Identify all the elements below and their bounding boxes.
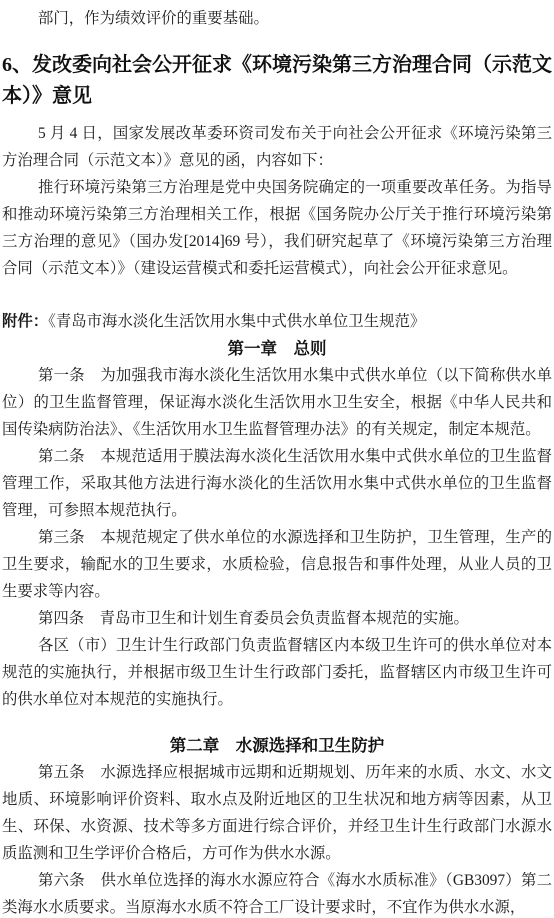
paragraph-article-2: 第二条 本规范适用于膜法海水淡化生活饮用水集中式供水单位的卫生监督管理工作，采取… bbox=[2, 443, 552, 524]
chapter-1-heading: 第一章 总则 bbox=[2, 335, 552, 362]
paragraph-intro-1: 5 月 4 日，国家发展改革委环资司发布关于向社会公开征求《环境污染第三方治理合… bbox=[2, 120, 552, 174]
chapter-2-heading: 第二章 水源选择和卫生防护 bbox=[2, 732, 552, 759]
paragraph-intro-2: 推行环境污染第三方治理是党中央国务院确定的一项重要改革任务。为指导和推动环境污染… bbox=[2, 174, 552, 282]
article-title: 6、发改委向社会公开征求《环境污染第三方治理合同（示范文本）》意见 bbox=[2, 50, 552, 112]
paragraph-continuation: 部门，作为绩效评价的重要基础。 bbox=[2, 5, 552, 32]
paragraph-article-4: 第四条 青岛市卫生和计划生育委员会负责监督本规范的实施。 bbox=[2, 605, 552, 632]
attachment-title: 《青岛市海水淡化生活饮用水集中式供水单位卫生规范》 bbox=[48, 313, 425, 330]
paragraph-article-6: 第六条 供水单位选择的海水水源应符合《海水水质标准》（GB3097）第二类海水水… bbox=[2, 867, 552, 918]
document-page: 部门，作为绩效评价的重要基础。 6、发改委向社会公开征求《环境污染第三方治理合同… bbox=[0, 0, 554, 918]
paragraph-article-3: 第三条 本规范规定了供水单位的水源选择和卫生防护，卫生管理，生产的卫生要求，输配… bbox=[2, 524, 552, 605]
paragraph-article-5: 第五条 水源选择应根据城市远期和近期规划、历年来的水质、水文、水文地质、环境影响… bbox=[2, 759, 552, 867]
attachment-label: 附件： bbox=[2, 313, 48, 330]
paragraph-article-4-cont: 各区（市）卫生计生行政部门负责监督辖区内本级卫生许可的供水单位对本规范的实施执行… bbox=[2, 632, 552, 713]
paragraph-article-1: 第一条 为加强我市海水淡化生活饮用水集中式供水单位（以下简称供水单位）的卫生监督… bbox=[2, 362, 552, 443]
attachment-line: 附件：《青岛市海水淡化生活饮用水集中式供水单位卫生规范》 bbox=[2, 308, 552, 335]
